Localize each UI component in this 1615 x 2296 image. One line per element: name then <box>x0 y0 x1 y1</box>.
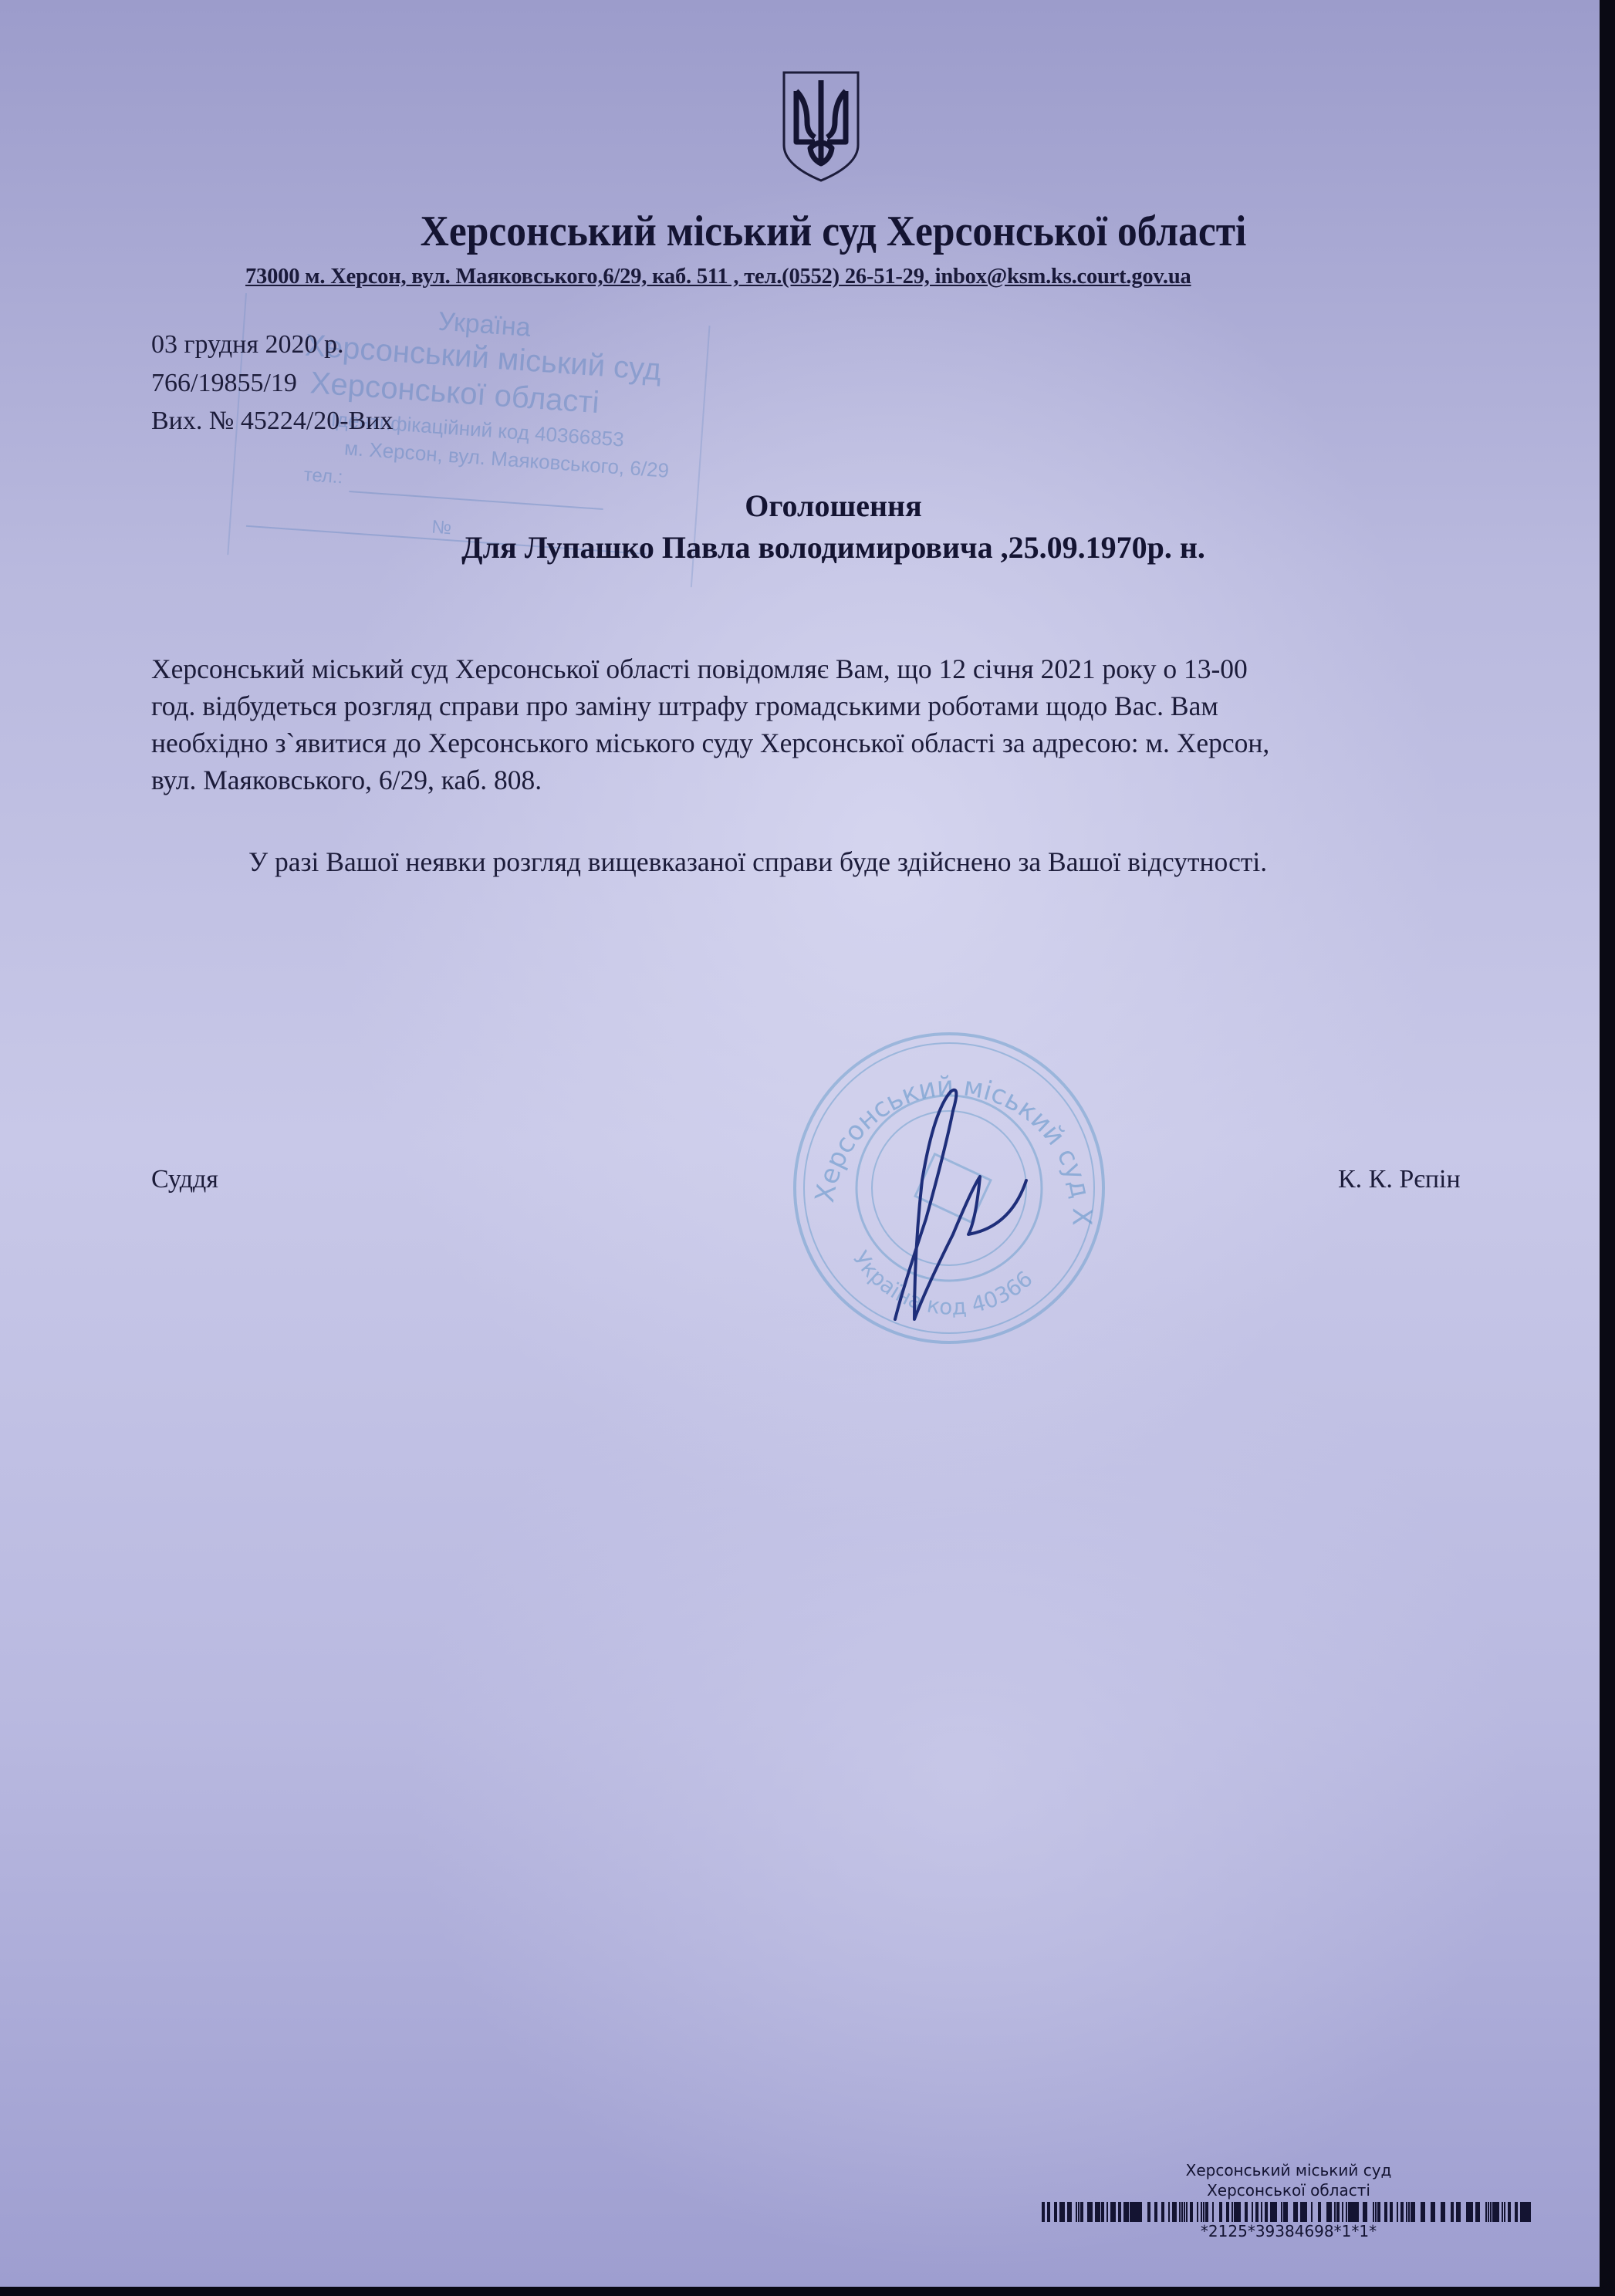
body-line: год. відбудеться розгляд справи про замі… <box>151 687 1478 724</box>
case-number: 766/19855/19 <box>151 369 297 398</box>
stamp-country: Україна <box>438 307 532 343</box>
judge-signature-label: Суддя <box>151 1165 218 1194</box>
body-line: Херсонський міський суд Херсонської обла… <box>151 650 1478 687</box>
stamp-tel-label: тел.: <box>303 464 343 488</box>
body-line: необхідно з`явитися до Херсонського місь… <box>151 724 1478 761</box>
notice-addressee: Для Лупашко Павла володимировича ,25.09.… <box>0 529 1615 566</box>
notice-title: Оголошення <box>0 488 1615 524</box>
round-court-seal: Херсонський міський суд Херсонської обла… <box>779 1026 1119 1350</box>
court-title: Херсонський міський суд Херсонської обла… <box>66 207 1600 256</box>
seal-outer-text: Херсонський міський суд Херсонської обла… <box>779 1026 1097 1226</box>
barcode-block: Херсонський міський суд Херсонської обла… <box>1026 2160 1551 2240</box>
notice-body: Херсонський міський суд Херсонської обла… <box>151 650 1478 799</box>
document-date: 03 грудня 2020 р. <box>151 330 344 360</box>
barcode-bars <box>1042 2202 1536 2222</box>
barcode-court-line2: Херсонської області <box>1026 2180 1551 2200</box>
judge-name: К. К. Рєпін <box>1338 1165 1461 1194</box>
outgoing-number: Вих. № 45224/20-Вих <box>151 407 393 436</box>
document-page: Херсонський міський суд Херсонської обла… <box>0 0 1600 2287</box>
body-line: вул. Маяковського, 6/29, каб. 808. <box>151 761 1478 799</box>
barcode-court-line1: Херсонський міський суд <box>1026 2160 1551 2180</box>
court-address: 73000 м. Херсон, вул. Маяковського,6/29,… <box>245 265 1191 289</box>
absence-warning: У разі Вашої неявки розгляд вищевказаної… <box>248 846 1267 878</box>
trident-coat-of-arms-icon <box>779 68 863 184</box>
barcode-number: *2125*39384698*1*1* <box>1026 2222 1551 2240</box>
